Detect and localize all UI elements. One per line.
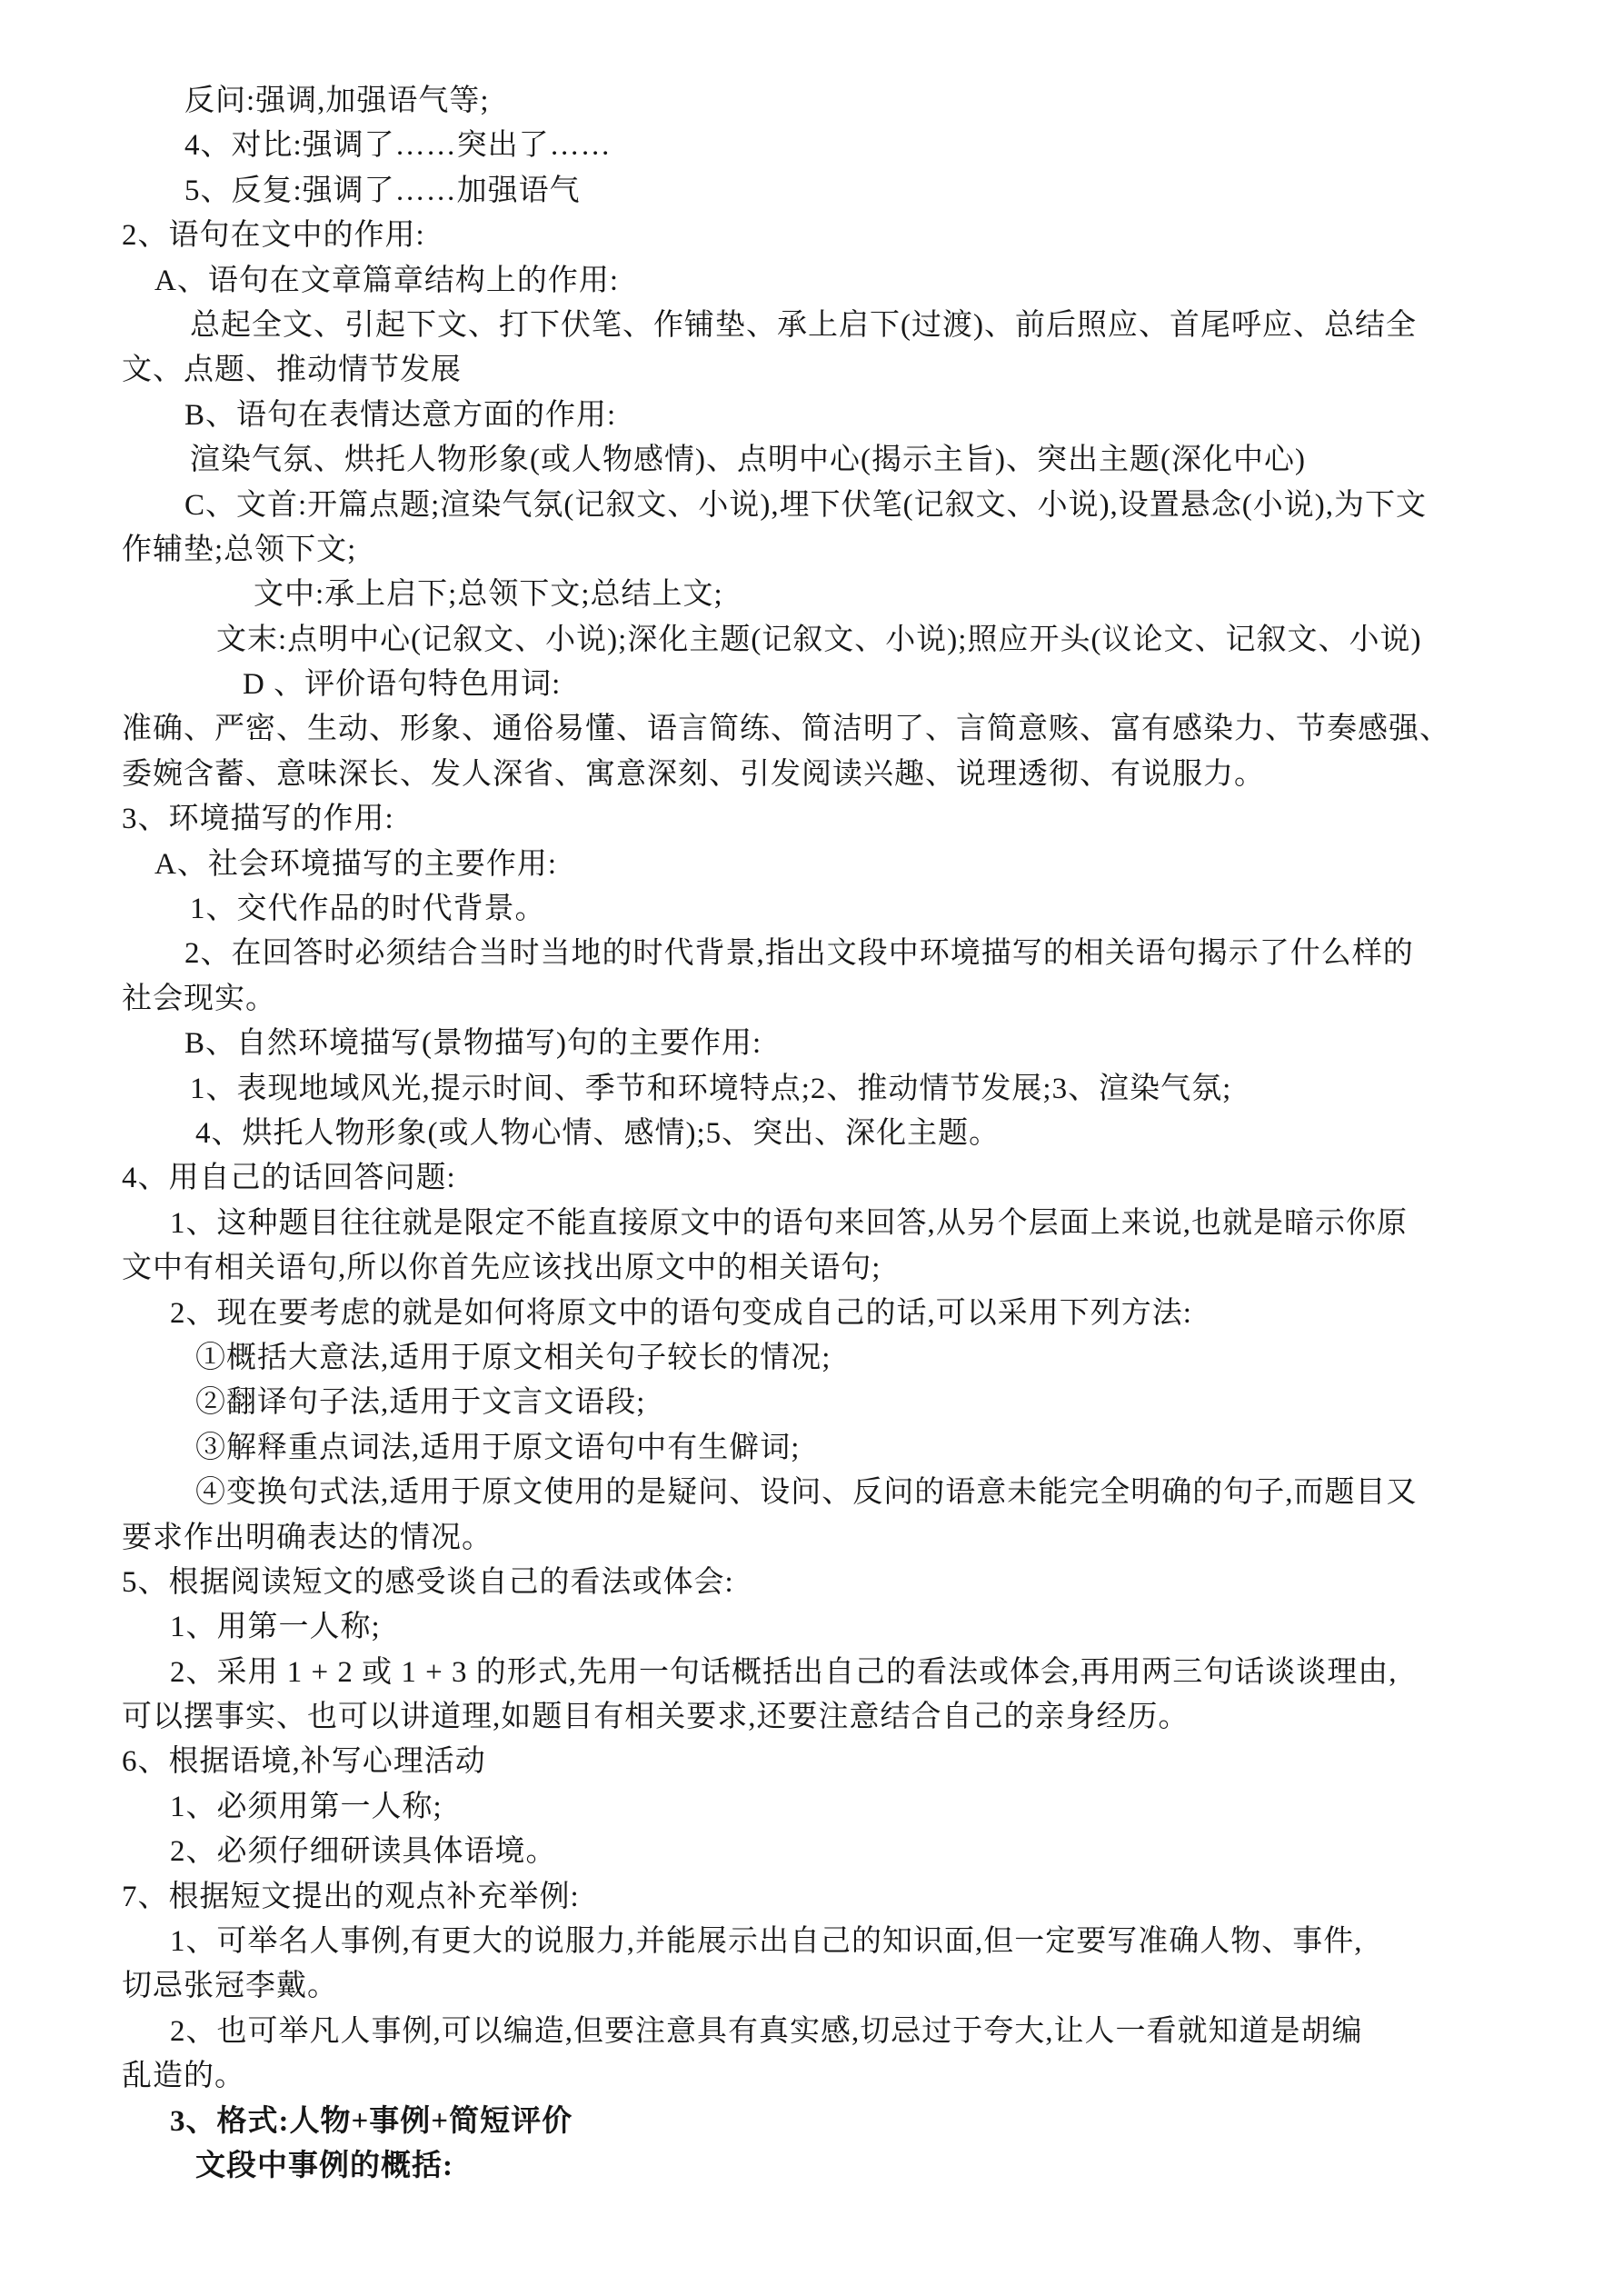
text-line: 文中有相关语句,所以你首先应该找出原文中的相关语句;: [122, 1246, 1623, 1291]
text-line: 社会现实。: [122, 977, 1623, 1022]
text-line: B、语句在表情达意方面的作用:: [184, 394, 1623, 438]
text-line: 2、采用 1 + 2 或 1 + 3 的形式,先用一句话概括出自己的看法或体会,…: [170, 1651, 1623, 1695]
text-line: 准确、严密、生动、形象、通俗易懂、语言简练、简洁明了、言简意赅、富有感染力、节奏…: [122, 707, 1623, 752]
text-line: 4、对比:强调了……突出了……: [184, 124, 1623, 168]
text-line: 3、环境描写的作用:: [122, 797, 1623, 842]
text-line: 文、点题、推动情节发展: [122, 348, 1623, 393]
text-line: 1、可举名人事例,有更大的说服力,并能展示出自己的知识面,但一定要写准确人物、事…: [170, 1920, 1623, 1964]
text-line: ③解释重点词法,适用于原文语句中有生僻词;: [195, 1426, 1623, 1471]
text-line: 4、烘托人物形象(或人物心情、感情);5、突出、深化主题。: [195, 1112, 1623, 1156]
text-line-bold: 文段中事例的概括:: [195, 2144, 1623, 2189]
text-line: 1、交代作品的时代背景。: [190, 887, 1623, 932]
text-line: 1、表现地域风光,提示时间、季节和环境特点;2、推动情节发展;3、渲染气氛;: [190, 1067, 1623, 1112]
text-line: ②翻译句子法,适用于文言文语段;: [195, 1381, 1623, 1425]
text-line: 4、用自己的话回答问题:: [122, 1156, 1623, 1201]
text-line: 切忌张冠李戴。: [122, 1964, 1623, 2009]
text-line: 2、也可举凡人事例,可以编造,但要注意具有真实感,切忌过于夸大,让人一看就知道是…: [170, 2010, 1623, 2054]
text-line: ①概括大意法,适用于原文相关句子较长的情况;: [195, 1336, 1623, 1381]
text-line: 乱造的。: [122, 2054, 1623, 2099]
text-line: 委婉含蓄、意味深长、发人深省、寓意深刻、引发阅读兴趣、说理透彻、有说服力。: [122, 753, 1623, 797]
text-line: 2、必须仔细研读具体语境。: [170, 1830, 1623, 1874]
text-line: 7、根据短文提出的观点补充举例:: [122, 1875, 1623, 1920]
text-line: 可以摆事实、也可以讲道理,如题目有相关要求,还要注意结合自己的亲身经历。: [122, 1695, 1623, 1740]
text-line: 总起全文、引起下文、打下伏笔、作铺垫、承上启下(过渡)、前后照应、首尾呼应、总结…: [190, 304, 1623, 348]
text-line: 文中:承上启下;总领下文;总结上文;: [254, 573, 1623, 617]
text-line: 5、根据阅读短文的感受谈自己的看法或体会:: [122, 1561, 1623, 1605]
text-line: 6、根据语境,补写心理活动: [122, 1740, 1623, 1784]
text-line: 2、在回答时必须结合当时当地的时代背景,指出文段中环境描写的相关语句揭示了什么样…: [184, 932, 1623, 976]
text-line: 1、必须用第一人称;: [170, 1785, 1623, 1830]
text-line: 2、现在要考虑的就是如何将原文中的语句变成自己的话,可以采用下列方法:: [170, 1292, 1623, 1336]
text-line: 2、语句在文中的作用:: [122, 214, 1623, 258]
text-line: 文末:点明中心(记叙文、小说);深化主题(记叙文、小说);照应开头(议论文、记叙…: [216, 618, 1623, 663]
document-page: 反问:强调,加强语气等; 4、对比:强调了……突出了…… 5、反复:强调了……加…: [0, 0, 1623, 2296]
text-line: 5、反复:强调了……加强语气: [184, 169, 1623, 214]
text-line: 要求作出明确表达的情况。: [122, 1516, 1623, 1561]
text-line: B、自然环境描写(景物描写)句的主要作用:: [184, 1022, 1623, 1066]
text-line: ④变换句式法,适用于原文使用的是疑问、设问、反问的语意未能完全明确的句子,而题目…: [195, 1471, 1623, 1515]
text-line: A、语句在文章篇章结构上的作用:: [154, 259, 1623, 304]
text-line: 1、用第一人称;: [170, 1605, 1623, 1650]
text-line: 渲染气氛、烘托人物形象(或人物感情)、点明中心(揭示主旨)、突出主题(深化中心): [190, 438, 1623, 483]
text-line: 1、这种题目往往就是限定不能直接原文中的语句来回答,从另个层面上来说,也就是暗示…: [170, 1202, 1623, 1246]
text-line: D 、评价语句特色用词:: [243, 663, 1623, 707]
text-line: 反问:强调,加强语气等;: [184, 79, 1623, 124]
text-line-bold: 3、格式:人物+事例+简短评价: [170, 2100, 1623, 2144]
text-line: C、文首:开篇点题;渲染气氛(记叙文、小说),埋下伏笔(记叙文、小说),设置悬念…: [184, 484, 1623, 528]
text-line: A、社会环境描写的主要作用:: [154, 843, 1623, 887]
text-line: 作辅垫;总领下文;: [122, 528, 1623, 573]
